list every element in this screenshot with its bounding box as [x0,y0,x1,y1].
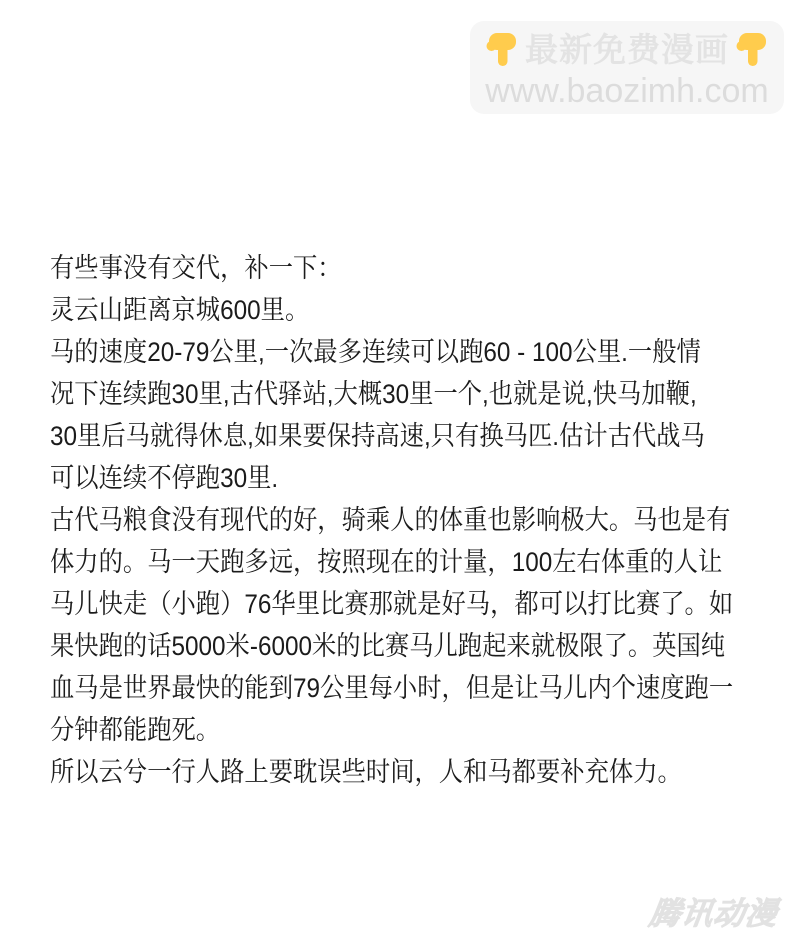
text-line: 古代马粮食没有现代的好，骑乘人的体重也影响极大。马也是有 [50,499,761,541]
pointing-down-icon [732,30,772,70]
text-line: 马儿快走（小跑）76华里比赛那就是好马，都可以打比赛了。如 [50,583,761,625]
promo-banner-title-row: 最新免费漫画 [482,28,772,72]
banner-title: 最新免费漫画 [525,33,729,66]
text-line: 果快跑的话5000米-6000米的比赛马儿跑起来就极限了。英国纯 [50,625,761,667]
text-line: 有些事没有交代，补一下： [50,247,761,289]
text-line: 分钟都能跑死。 [50,709,761,751]
text-line: 可以连续不停跑30里. [50,457,761,499]
text-line: 灵云山距离京城600里。 [50,289,761,331]
note-text-block: 有些事没有交代，补一下： 灵云山距离京城600里。 马的速度20-79公里,一次… [50,247,761,793]
promo-banner: 最新免费漫画 www.baozimh.com [470,21,784,114]
text-line: 30里后马就得休息,如果要保持高速,只有换马匹.估计古代战马 [50,415,761,457]
banner-url: www.baozimh.com [485,74,768,108]
text-line: 血马是世界最快的能到79公里每小时，但是让马儿内个速度跑一 [50,667,761,709]
text-line: 况下连续跑30里,古代驿站,大概30里一个,也就是说,快马加鞭, [50,373,761,415]
tencent-comics-watermark: 腾讯动漫 [647,888,781,933]
text-line: 体力的。马一天跑多远，按照现在的计量，100左右体重的人让 [50,541,761,583]
text-line: 所以云兮一行人路上要耽误些时间，人和马都要补充体力。 [50,751,761,793]
text-line: 马的速度20-79公里,一次最多连续可以跑60 - 100公里.一般情 [50,331,761,373]
pointing-down-icon [482,30,522,70]
